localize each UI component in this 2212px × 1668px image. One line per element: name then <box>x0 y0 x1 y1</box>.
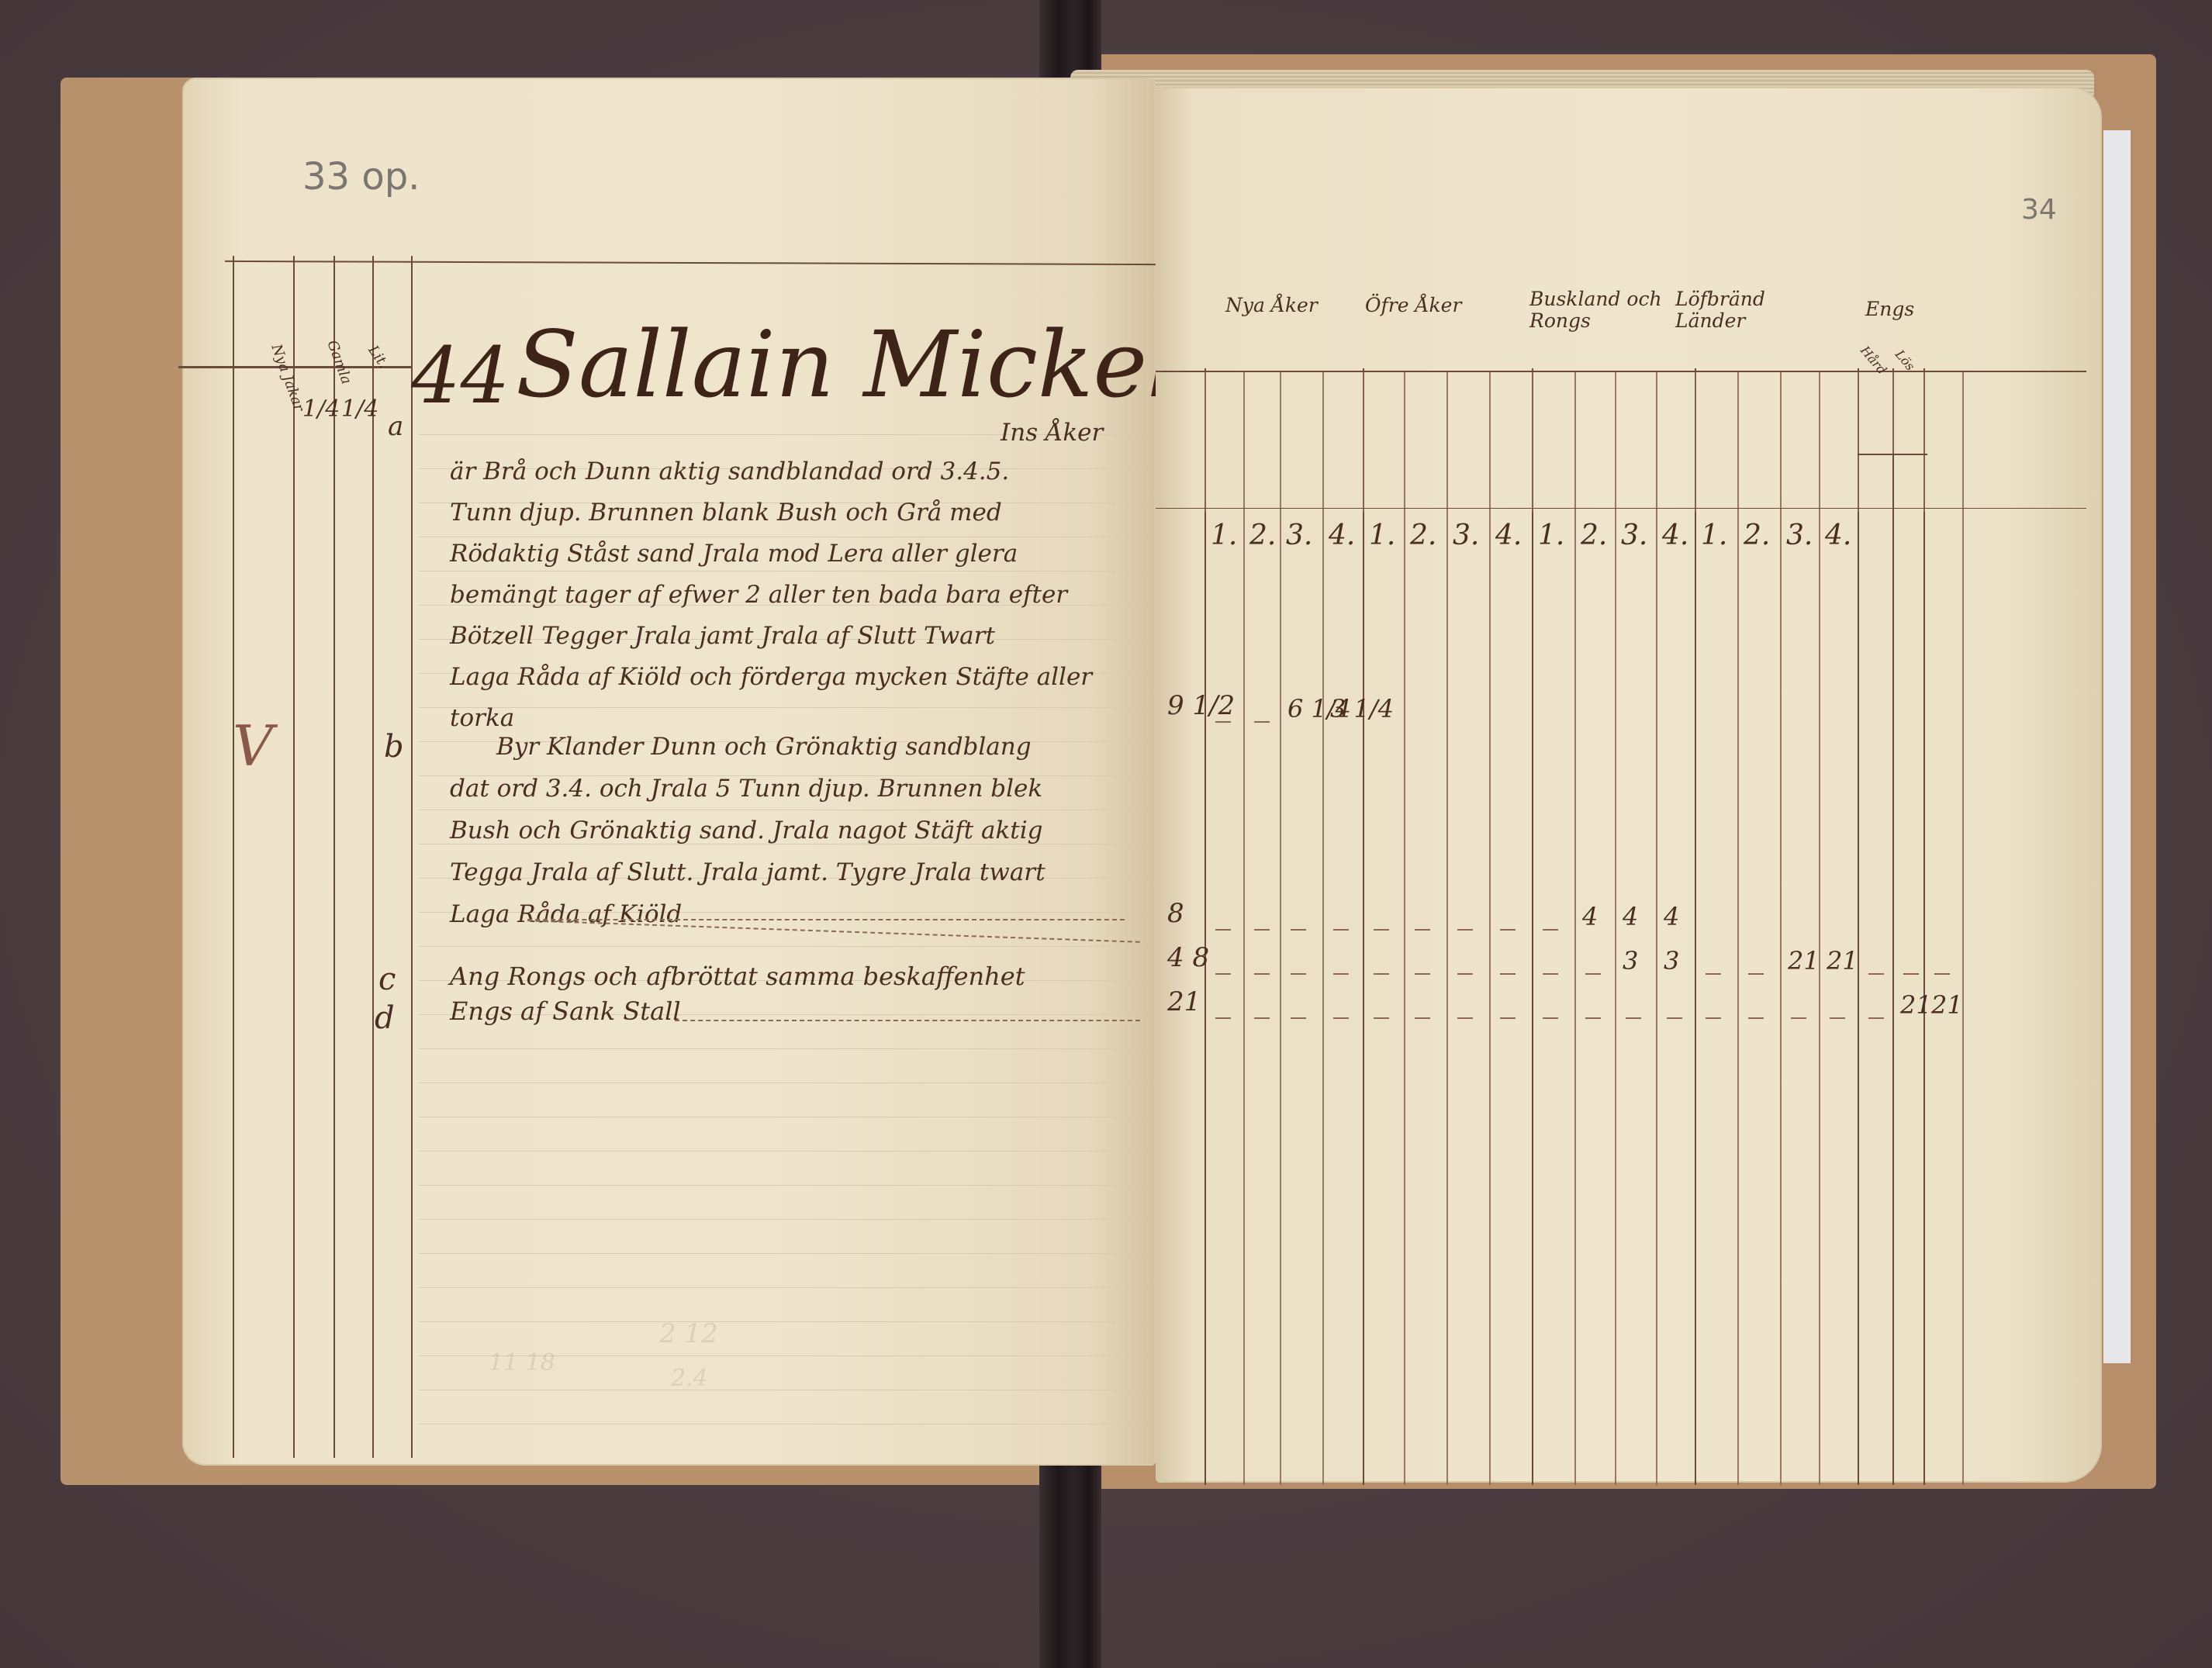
white-marker-strip <box>2103 130 2131 1363</box>
right-column-rule <box>1695 368 1696 1485</box>
subcolumn-number: 3. <box>1286 520 1312 551</box>
row-total-a: 9 1/2 <box>1167 690 1235 721</box>
paragraph-a-line: Tunn djup. Brunnen blank Bush och Grå me… <box>450 499 1002 527</box>
right-column-rule <box>1656 512 1657 1485</box>
right-header-column-rule <box>1615 372 1616 512</box>
row-dash <box>1215 929 1231 931</box>
row-dash <box>1667 1017 1682 1019</box>
faint-ruled-line <box>419 537 1148 537</box>
show-through-mark-3: 2.4 <box>671 1365 708 1392</box>
row-dash <box>1830 1017 1845 1019</box>
subcolumn-number: 1. <box>1701 520 1727 551</box>
col-header-lofbrand: Löfbränd Länder <box>1675 288 1815 332</box>
paragraph-b-line: dat ord 3.4. och Jrala 5 Tunn djup. Brun… <box>450 775 1042 803</box>
faint-ruled-line <box>419 1424 1148 1425</box>
row-dash <box>1500 973 1516 975</box>
paragraph-a-line: är Brå och Dunn aktig sandblandad ord 3.… <box>450 458 1009 485</box>
right-column-rule <box>1280 512 1281 1485</box>
fraction-gamla: 1/4 <box>341 395 378 423</box>
row-dash <box>1543 929 1558 931</box>
subcolumn-number: 3. <box>1453 520 1479 551</box>
subcolumn-number: 2. <box>1249 520 1276 551</box>
show-through-mark-1: 2 12 <box>659 1318 718 1349</box>
row-dash <box>1254 1017 1270 1019</box>
right-top-rule <box>1156 371 2086 372</box>
faint-ruled-line <box>419 810 1148 810</box>
right-header-column-rule <box>1737 372 1739 512</box>
faint-ruled-line <box>419 707 1148 708</box>
row-total-b: 8 <box>1167 898 1184 929</box>
right-page-number: 34 <box>2021 194 2057 226</box>
faint-ruled-line <box>419 1253 1148 1254</box>
row-dash <box>1543 1017 1558 1019</box>
row-dash <box>1254 721 1270 723</box>
left-margin-rule <box>293 256 295 1458</box>
row-dash <box>1500 1017 1516 1019</box>
row-dash <box>1215 721 1231 723</box>
right-column-rule <box>1923 368 1925 1485</box>
row-dash <box>1791 1017 1806 1019</box>
subcolumn-number: 1. <box>1538 520 1564 551</box>
right-column-rule <box>1489 512 1491 1485</box>
row-dash <box>1333 929 1349 931</box>
faint-ruled-line <box>419 1321 1148 1322</box>
row-dash <box>1374 973 1389 975</box>
row-value: 3 <box>1623 946 1638 976</box>
right-column-rule <box>1532 368 1533 1485</box>
subcolumn-number: 4. <box>1825 520 1851 551</box>
row-dash <box>1254 973 1270 975</box>
row-dash <box>1415 1017 1430 1019</box>
faint-ruled-line <box>419 1048 1148 1049</box>
row-value: 4 <box>1664 902 1679 931</box>
paragraph-b-line: Bush och Grönaktig sand. Jrala nagot Stä… <box>450 817 1042 844</box>
dashed-separator-b2 <box>527 919 1125 920</box>
subcolumn-number: 3. <box>1786 520 1813 551</box>
row-dash <box>1500 929 1516 931</box>
right-header-column-rule <box>1322 372 1324 512</box>
right-column-rule <box>1819 512 1820 1485</box>
right-header-column-rule <box>1574 372 1576 512</box>
row-dash <box>1626 1017 1641 1019</box>
right-column-rule <box>1404 512 1405 1485</box>
row-value: 4 <box>1582 902 1598 931</box>
row-dash <box>1748 973 1764 975</box>
right-header-column-rule <box>1819 372 1820 512</box>
faint-ruled-line <box>419 1185 1148 1186</box>
col-header-engs: Engs <box>1865 299 1927 320</box>
row-dash <box>1333 1017 1349 1019</box>
row-value: 21 <box>1788 946 1820 976</box>
row-total-d: 21 <box>1167 986 1201 1017</box>
right-subheader-rule <box>1156 508 2086 509</box>
subcolumn-number: 1. <box>1369 520 1395 551</box>
row-dash <box>1585 973 1601 975</box>
row-letter-a: a <box>388 411 403 442</box>
right-column-rule <box>1737 512 1739 1485</box>
faint-ruled-line <box>419 946 1148 947</box>
row-letter-d: d <box>375 1000 395 1036</box>
row-dash <box>1374 1017 1389 1019</box>
right-header-column-rule <box>1695 372 1696 512</box>
right-column-rule <box>1892 368 1894 1485</box>
right-header-column-rule <box>1404 372 1405 512</box>
row-dash <box>1415 973 1430 975</box>
right-header-column-rule <box>1532 372 1533 512</box>
right-column-rule <box>1363 368 1364 1485</box>
dashed-separator-d <box>675 1020 1140 1021</box>
row-letter-c: c <box>378 962 396 997</box>
row-dash <box>1543 973 1558 975</box>
row-value: 3 1/4 <box>1330 694 1394 723</box>
row-value: 21 <box>1827 946 1858 976</box>
col-header-buskland: Buskland och Rongs <box>1529 288 1669 332</box>
right-header-column-rule <box>1780 372 1782 512</box>
paragraph-a-line: Bötzell Tegger Jrala jamt Jrala af Slutt… <box>450 622 995 650</box>
left-margin-rule <box>372 256 374 1458</box>
row-value: 4 <box>1623 902 1638 931</box>
row-dash <box>1748 1017 1764 1019</box>
row-dash <box>1215 973 1231 975</box>
subcolumn-number: 4. <box>1495 520 1522 551</box>
show-through-mark-2: 11 18 <box>489 1349 555 1376</box>
faint-ruled-line <box>419 1151 1148 1152</box>
row-dash <box>1291 973 1306 975</box>
col-header-nya-aker: Nya Åker <box>1225 295 1381 316</box>
row-dash <box>1291 929 1306 931</box>
subcolumn-number: 3. <box>1621 520 1647 551</box>
row-dash <box>1868 1017 1884 1019</box>
right-header-column-rule <box>1923 372 1925 512</box>
row-value: 21 <box>1900 990 1932 1020</box>
right-header-column-rule <box>1962 372 1964 512</box>
right-header-column-rule <box>1363 372 1364 512</box>
row-letter-b: b <box>384 729 404 765</box>
subcolumn-number: 2. <box>1581 520 1607 551</box>
row-value: 3 <box>1664 946 1679 976</box>
right-column-rule <box>1205 368 1206 1485</box>
fraction-nya: 1/4 <box>302 395 340 423</box>
left-margin-rule <box>233 256 234 1458</box>
right-column-rule <box>1446 512 1448 1485</box>
margin-check-mark: V <box>233 713 273 779</box>
faint-ruled-line <box>419 1287 1148 1288</box>
right-column-rule <box>1615 512 1616 1485</box>
right-column-rule <box>1322 512 1324 1485</box>
right-header-column-rule <box>1858 372 1859 512</box>
row-dash <box>1934 973 1950 975</box>
row-dash <box>1457 973 1473 975</box>
row-dash <box>1868 973 1884 975</box>
paragraph-a-line: Laga Råda af Kiöld och förderga mycken S… <box>450 663 1092 691</box>
row-dash <box>1903 973 1919 975</box>
right-header-column-rule <box>1205 372 1206 512</box>
left-page-number: 33 op. <box>302 155 420 199</box>
row-dash <box>1706 973 1721 975</box>
right-column-rule <box>1574 512 1576 1485</box>
faint-ruled-line <box>419 1390 1148 1390</box>
row-dash <box>1374 929 1389 931</box>
row-dash <box>1585 1017 1601 1019</box>
faint-ruled-line <box>419 571 1148 572</box>
faint-ruled-line <box>419 1219 1148 1220</box>
right-header-column-rule <box>1446 372 1448 512</box>
row-total-c: 4 8 <box>1167 942 1209 973</box>
row-dash <box>1415 929 1430 931</box>
paragraph-b-line: Tegga Jrala af Slutt. Jrala jamt. Tygre … <box>450 858 1046 886</box>
right-header-column-rule <box>1280 372 1281 512</box>
left-margin-rule <box>411 256 413 1458</box>
entry-name: Sallain Mickel <box>516 314 1177 415</box>
right-header-column-rule <box>1243 372 1245 512</box>
paragraph-b-line: Byr Klander Dunn och Grönaktig sandblang <box>496 733 1032 761</box>
row-dash <box>1291 1017 1306 1019</box>
left-page <box>182 78 1156 1466</box>
right-header-column-rule <box>1489 372 1491 512</box>
faint-ruled-line <box>419 1117 1148 1117</box>
right-column-rule <box>1780 512 1782 1485</box>
row-dash <box>1215 1017 1231 1019</box>
subcolumn-number: 2. <box>1744 520 1770 551</box>
subcolumn-number: 4. <box>1329 520 1355 551</box>
row-dash <box>1706 1017 1721 1019</box>
left-margin-rule <box>334 256 335 1458</box>
subcolumn-number: 4. <box>1662 520 1688 551</box>
subcolumn-number: 2. <box>1410 520 1436 551</box>
row-dash <box>1457 929 1473 931</box>
faint-ruled-line <box>419 1083 1148 1083</box>
row-dash <box>1333 973 1349 975</box>
right-header-column-rule <box>1656 372 1657 512</box>
paragraph-a-line: bemängt tager af efwer 2 aller ten bada … <box>450 581 1067 609</box>
row-dash <box>1254 929 1270 931</box>
right-column-rule <box>1858 368 1859 1485</box>
row-dash <box>1457 1017 1473 1019</box>
paragraph-a-line: Ins Åker <box>1001 419 1103 447</box>
paragraph-c: Ang Rongs och afbröttat samma beskaffenh… <box>450 962 1025 991</box>
subcolumn-number: 1. <box>1211 520 1237 551</box>
right-column-rule <box>1243 512 1245 1485</box>
paragraph-a-line: torka <box>450 704 514 732</box>
paragraph-a-line: Rödaktig Ståst sand Jrala mod Lera aller… <box>450 540 1018 568</box>
engs-split-vrule <box>1892 454 1894 512</box>
entry-number: 44 <box>411 333 510 419</box>
col-header-ofre-aker: Öfre Åker <box>1365 295 1520 316</box>
row-value: 21 <box>1931 990 1963 1020</box>
paragraph-d: Engs af Sank Stall <box>450 996 681 1026</box>
